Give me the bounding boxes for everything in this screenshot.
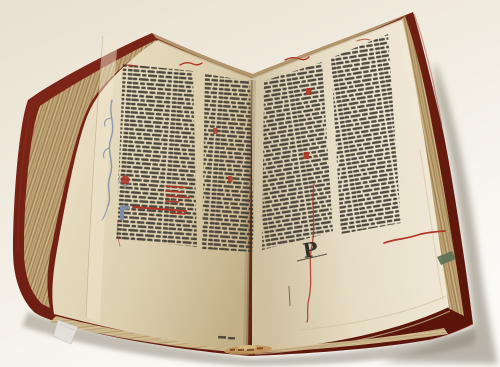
- pilcrow-left-2: [228, 176, 233, 182]
- rubric-dash-top: [127, 65, 136, 66]
- pilcrow-right-2: [304, 152, 310, 159]
- manuscript-photo: P: [0, 0, 500, 367]
- decorated-initial-ball: [121, 176, 130, 185]
- pilcrow-left-1: [213, 128, 218, 134]
- pilcrow-right-1: [306, 88, 312, 95]
- text-column-left-1: [116, 64, 197, 247]
- text-column-left-2: [202, 74, 254, 252]
- manuscript-photo-canvas: P: [0, 0, 500, 367]
- text-column-right-1: [262, 62, 333, 250]
